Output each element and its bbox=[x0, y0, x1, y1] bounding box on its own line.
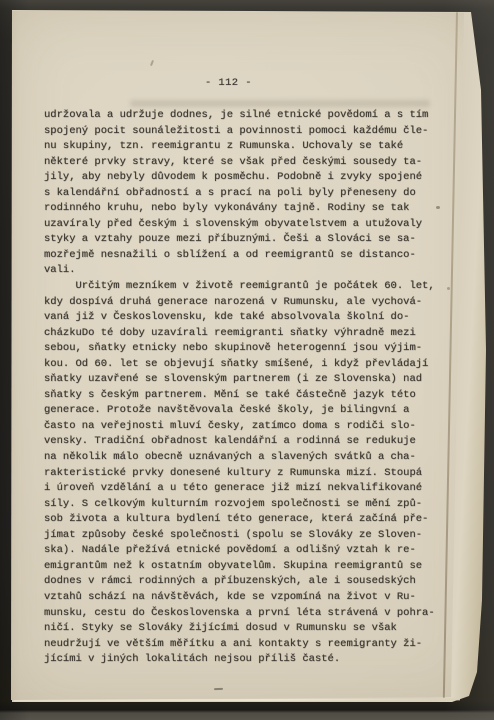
text-line: i úroveň vzdělání a u této generace již … bbox=[44, 481, 444, 497]
text-line: mozřejmě nesnažili o sblížení a od reemi… bbox=[44, 248, 444, 264]
text-line: jímat způsoby české společnosti (spolu s… bbox=[44, 528, 444, 544]
paper-speck bbox=[447, 287, 450, 290]
text-line: vensky. Tradiční obřadnost kalendářní a … bbox=[44, 434, 444, 450]
paper-speck bbox=[150, 60, 154, 66]
text-line: neudržují ve větším měřítku a ani kontak… bbox=[44, 637, 444, 653]
text-line: ničí. Styky se Slováky žijícími dosud v … bbox=[44, 621, 444, 637]
text-line: dodnes v rámci rodinných a příbuzenských… bbox=[44, 574, 444, 590]
text-line: kdy dospívá druhá generace narozená v Ru… bbox=[44, 295, 444, 311]
text-line: sebou, sňatky etnicky nebo skupinově het… bbox=[44, 341, 444, 357]
text-line: vztahů schází na návštěvách, kde se vzpo… bbox=[44, 590, 444, 606]
text-line: často na veřejnosti mluví česky, zatímco… bbox=[44, 419, 444, 435]
text-line: styky a vztahy pouze mezi příbuznými. Če… bbox=[44, 232, 444, 248]
ink-bleed-ghost-line bbox=[130, 100, 430, 107]
page-number: - 112 - bbox=[205, 77, 252, 89]
text-line: sňatky uzavřené se slovenským partnerem … bbox=[44, 372, 444, 388]
text-line: cházkuDo té doby uzavírali reemigranti s… bbox=[44, 326, 444, 342]
text-line: udržovala a udržuje dodnes, je silné etn… bbox=[44, 108, 444, 124]
stray-dash-mark bbox=[214, 688, 223, 690]
text-line: emigrantům než k ostatním obyvatelům. Sk… bbox=[44, 559, 444, 575]
page-content: - 112 - udržovala a udržuje dodnes, je s… bbox=[0, 0, 494, 720]
text-line: s kalendářní obřadností a s prací na pol… bbox=[44, 186, 444, 202]
text-line: nu skupiny, tzn. reemigrantu z Rumunska.… bbox=[44, 139, 444, 155]
text-line: jily, aby nebyly důvodem k posměchu. Pod… bbox=[44, 170, 444, 186]
text-line: rodinného kruhu, nebo byly vykonávány ta… bbox=[44, 201, 444, 217]
scanned-document-photo: - 112 - udržovala a udržuje dodnes, je s… bbox=[0, 0, 494, 720]
text-line: síly. S celkovým kulturním rozvojem spol… bbox=[44, 497, 444, 513]
text-line: sob života a kultura bydlení této genera… bbox=[44, 512, 444, 528]
text-line: uzavíraly před českým i slovenským obyva… bbox=[44, 217, 444, 233]
text-line: jícími v jiných lokalitách nejsou příliš… bbox=[44, 652, 444, 668]
text-line: na několik málo obecně uznávaných a slav… bbox=[44, 450, 444, 466]
text-line: některé prvky stravy, které se však před… bbox=[44, 155, 444, 171]
text-line: ska). Nadále přežívá etnické povědomí a … bbox=[44, 543, 444, 559]
text-line: munsku, cestu do Československa a první … bbox=[44, 606, 444, 622]
text-line: spojený pocit sounáležitosti a povinnost… bbox=[44, 124, 444, 140]
text-line: sňatky s českým partnerem. Mění se také … bbox=[44, 388, 444, 404]
text-line: kou. Od 60. let se objevují sňatky smíše… bbox=[44, 357, 444, 373]
text-line: rakteristické prvky donesené kultury z R… bbox=[44, 466, 444, 482]
body-text: udržovala a udržuje dodnes, je silné etn… bbox=[44, 108, 444, 668]
text-line: generace. Protože navštěvovala české ško… bbox=[44, 403, 444, 419]
text-line: Určitým mezníkem v životě reemigrantů je… bbox=[44, 279, 444, 295]
text-line: vali. bbox=[44, 263, 444, 279]
paper-speck bbox=[436, 206, 440, 209]
text-line: vaná již v Československu, kde také abso… bbox=[44, 310, 444, 326]
